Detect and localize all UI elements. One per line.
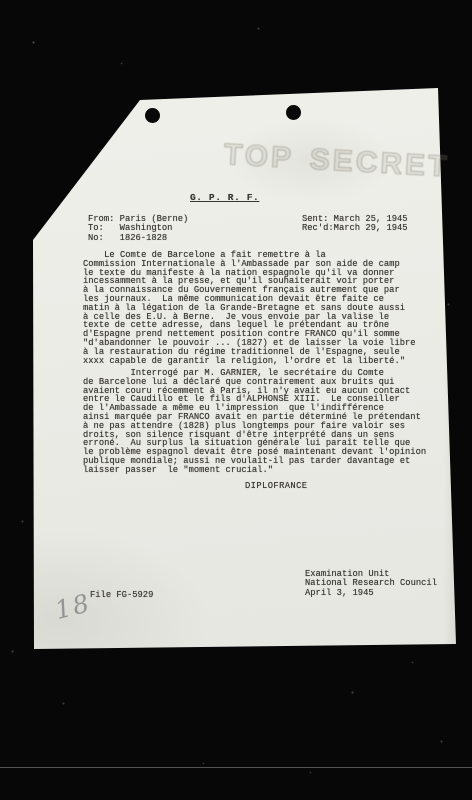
examination-unit-block: Examination Unit National Research Counc…: [305, 570, 437, 598]
scanned-page: TOP SECRET G. P. R. F. From: Paris (Bern…: [0, 0, 472, 800]
body-paragraph-1: Le Comte de Barcelone a fait remettre à …: [83, 251, 416, 365]
header-dates-block: Sent: March 25, 1945 Rec'd:March 29, 194…: [302, 215, 408, 234]
body-paragraph-2: Interrogé par M. GARNIER, le secrétaire …: [83, 369, 426, 475]
received-line: Rec'd:March 29, 1945: [302, 223, 408, 233]
punch-hole-left: [145, 108, 160, 123]
document-title: G. P. R. F.: [190, 194, 259, 203]
punch-hole-right: [286, 105, 301, 120]
number-line: No: 1826-1828: [88, 233, 167, 243]
film-noise: [0, 0, 1, 1]
header-routing-block: From: Paris (Berne) To: Washington No: 1…: [88, 215, 188, 243]
file-number: File FG-5929: [90, 591, 153, 600]
signature-diplofrance: DIPLOFRANCE: [245, 482, 307, 491]
scan-artifact-line: [0, 767, 472, 768]
